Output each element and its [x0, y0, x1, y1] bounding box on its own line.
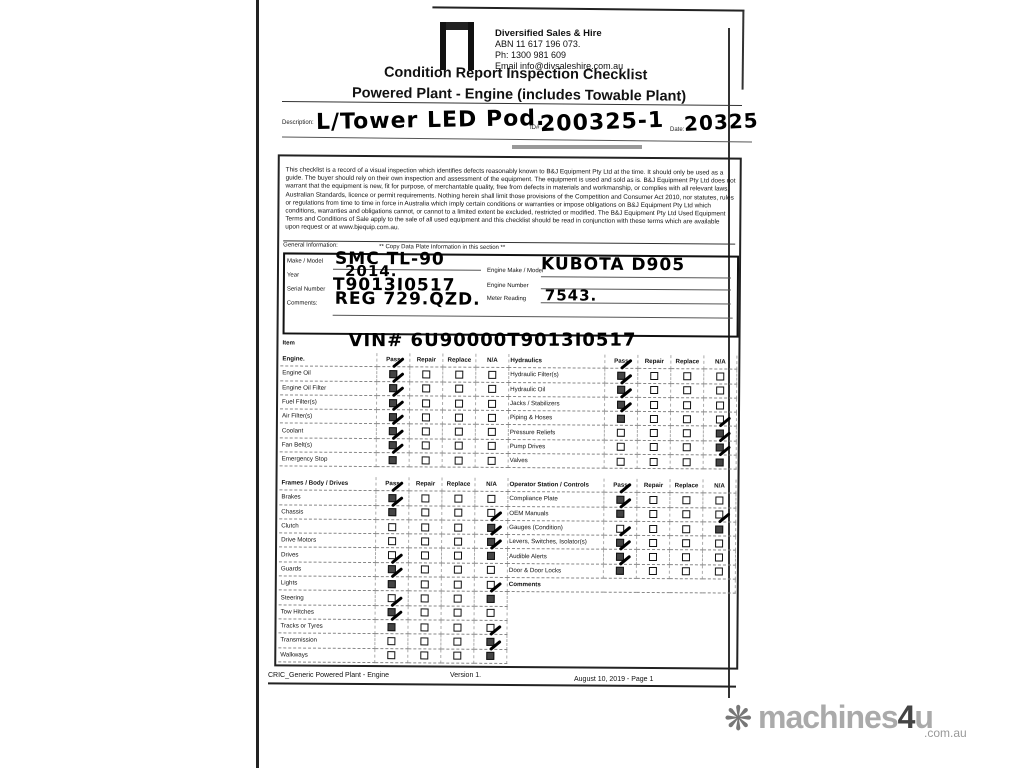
checkbox-repair[interactable]	[649, 567, 657, 575]
checkbox-repair[interactable]	[422, 399, 430, 407]
meter-reading-label: Meter Reading	[487, 296, 526, 302]
comments-section-label: Comments	[507, 578, 736, 594]
checkbox-pass[interactable]	[617, 457, 625, 465]
column-replace: Replace	[670, 479, 703, 493]
checkbox-repair[interactable]	[421, 566, 429, 574]
checkbox-na[interactable]	[716, 387, 724, 395]
checklist-item-name: Engine Oil	[280, 366, 377, 381]
checkbox-pass[interactable]	[388, 537, 396, 545]
checkbox-na[interactable]	[487, 609, 495, 617]
section-title: Operator Station / Controls	[507, 478, 604, 492]
checkbox-na[interactable]	[715, 539, 723, 547]
checkbox-replace[interactable]	[455, 385, 463, 393]
description-value: L/Tower LED Pod.	[316, 106, 546, 135]
general-information-box: Make / Model SMC TL-90 Year 2014. Serial…	[283, 252, 740, 337]
checklist-item-name: Compliance Plate	[507, 492, 604, 507]
checkbox-repair[interactable]	[649, 553, 657, 561]
checkbox-pass[interactable]	[617, 443, 625, 451]
general-info-title: General Information:	[283, 242, 338, 248]
date-value: 20325	[683, 108, 759, 136]
id-highlight-bar	[512, 145, 642, 149]
checklist-row: Tracks or Tyres	[278, 619, 507, 635]
checkbox-repair[interactable]	[422, 442, 430, 450]
checklist-item-name: Brakes	[279, 490, 376, 505]
checkbox-repair[interactable]	[649, 539, 657, 547]
checkbox-replace[interactable]	[453, 623, 461, 631]
checkbox-repair[interactable]	[649, 525, 657, 533]
checkbox-replace[interactable]	[454, 509, 462, 517]
checkbox-na[interactable]	[716, 458, 724, 466]
checkbox-replace[interactable]	[454, 552, 462, 560]
checklist-box: This checklist is a record of a visual i…	[274, 154, 742, 669]
column-replace: Replace	[442, 478, 475, 492]
divider	[268, 682, 736, 687]
engine-make-model-value: KUBOTA D905	[541, 254, 685, 275]
checkbox-replace[interactable]	[682, 539, 690, 547]
checkbox-repair[interactable]	[421, 509, 429, 517]
serial-number-label: Serial Number	[287, 286, 325, 292]
company-abn: ABN 11 617 196 073.	[495, 39, 623, 50]
checkbox-replace[interactable]	[682, 510, 690, 518]
description-label: Description:	[282, 120, 314, 126]
checklist-item-name: Tow Hitches	[279, 605, 376, 620]
checklist-row: Clutch	[279, 519, 508, 535]
checkbox-repair[interactable]	[650, 401, 658, 409]
checkbox-repair[interactable]	[650, 386, 658, 394]
checkbox-pass[interactable]	[387, 651, 395, 659]
checkbox-replace[interactable]	[454, 566, 462, 574]
checkbox-repair[interactable]	[650, 429, 658, 437]
checkbox-na[interactable]	[715, 568, 723, 576]
checklist-item-name: Air Filter(s)	[280, 409, 377, 424]
checkbox-na[interactable]	[487, 552, 495, 560]
checkbox-repair[interactable]	[650, 458, 658, 466]
vin-value: VIN# 6U90000T9013I0517	[348, 330, 636, 352]
disclaimer-text: This checklist is a record of a visual i…	[285, 166, 735, 235]
checklist-item-name: Valves	[508, 454, 605, 469]
checkbox-na[interactable]	[716, 372, 724, 380]
column-repair: Repair	[410, 353, 443, 367]
checkbox-na[interactable]	[488, 371, 496, 379]
checklist-item-name: Levers, Switches, Isolator(s)	[507, 535, 604, 550]
checklist-row: Pressure Reliefs	[508, 425, 737, 441]
company-name: Diversified Sales & Hire	[495, 28, 623, 39]
checkbox-na[interactable]	[715, 554, 723, 562]
column-replace: Replace	[671, 355, 704, 369]
checklist-item-name: Pressure Reliefs	[508, 425, 605, 440]
checkbox-repair[interactable]	[650, 443, 658, 451]
document-title: Condition Report Inspection Checklist	[384, 65, 648, 84]
checkbox-na[interactable]	[486, 652, 494, 660]
checklist-row: Door & Door Locks	[507, 563, 736, 579]
checklist-item-name: Coolant	[280, 423, 377, 438]
checklist-item-name: Gauges (Condition)	[507, 520, 604, 535]
checklist-item-name: Guards	[279, 562, 376, 577]
checkbox-replace[interactable]	[683, 429, 691, 437]
checklist-item-name: Jacks / Stabilizers	[508, 396, 605, 411]
checklist-item-name: Audible Alerts	[507, 549, 604, 564]
column-repair: Repair	[409, 477, 442, 491]
column-na: N/A	[475, 478, 508, 492]
column-na: N/A	[704, 355, 737, 369]
checkbox-replace[interactable]	[453, 638, 461, 646]
frames-body-drives-checklist-table: Frames / Body / Drives Pass Repair Repla…	[278, 476, 508, 663]
checkbox-replace[interactable]	[683, 415, 691, 423]
checkbox-pass[interactable]	[388, 580, 396, 588]
comments-value: REG 729.QZD.	[335, 289, 481, 310]
checkbox-replace[interactable]	[455, 413, 463, 421]
checkbox-repair[interactable]	[421, 537, 429, 545]
checkbox-na[interactable]	[716, 401, 724, 409]
company-logo-icon	[440, 22, 480, 70]
checkbox-replace[interactable]	[683, 386, 691, 394]
scan-page-edge	[256, 0, 259, 768]
checkbox-repair[interactable]	[420, 637, 428, 645]
checkbox-repair[interactable]	[649, 496, 657, 504]
checkbox-pass[interactable]	[387, 623, 395, 631]
checklist-item-name: Emergency Stop	[280, 452, 377, 467]
checkbox-replace[interactable]	[454, 523, 462, 531]
checkbox-repair[interactable]	[421, 609, 429, 617]
checklist-item-name: Transmission	[278, 633, 375, 648]
checkbox-replace[interactable]	[682, 496, 690, 504]
checkbox-repair[interactable]	[421, 580, 429, 588]
checkbox-repair[interactable]	[421, 494, 429, 502]
checkbox-na[interactable]	[488, 385, 496, 393]
section-title: Frames / Body / Drives	[279, 476, 376, 490]
checklist-item-name: Engine Oil Filter	[280, 381, 377, 396]
checkbox-na[interactable]	[488, 414, 496, 422]
checkbox-pass[interactable]	[616, 510, 624, 518]
checkbox-repair[interactable]	[420, 652, 428, 660]
checkbox-repair[interactable]	[650, 372, 658, 380]
checklist-item-name: Drives	[279, 547, 376, 562]
checklist-item-name: Fan Belt(s)	[280, 438, 377, 453]
checkbox-replace[interactable]	[454, 580, 462, 588]
column-na: N/A	[476, 354, 509, 368]
checkbox-repair[interactable]	[422, 413, 430, 421]
checklist-row: Emergency Stop	[280, 452, 509, 468]
id-label: ID#	[530, 125, 539, 131]
machines4u-watermark: ❋ machines4u .com.au	[724, 700, 994, 744]
checkbox-replace[interactable]	[453, 652, 461, 660]
checkbox-pass[interactable]	[388, 523, 396, 531]
checkbox-pass[interactable]	[617, 415, 625, 423]
checklist-row: Drive Motors	[279, 533, 508, 549]
checklist-item-name: Steering	[279, 590, 376, 605]
column-repair: Repair	[638, 355, 671, 369]
checklist-item-name: Pump Drives	[508, 439, 605, 454]
checklist-item-name: Hydraulic Oil	[508, 382, 605, 397]
inspection-checklist-document: Diversified Sales & Hire ABN 11 617 196 …	[262, 0, 742, 720]
checkbox-replace[interactable]	[455, 456, 463, 464]
checkbox-na[interactable]	[488, 442, 496, 450]
checkbox-na[interactable]	[487, 495, 495, 503]
checkbox-replace[interactable]	[682, 525, 690, 533]
column-na: N/A	[703, 479, 736, 493]
checkbox-repair[interactable]	[421, 552, 429, 560]
checkbox-replace[interactable]	[682, 568, 690, 576]
checklist-row: Valves	[508, 454, 737, 470]
section-title: Engine.	[280, 352, 377, 366]
item-header-label: Item	[282, 340, 294, 346]
checkbox-na[interactable]	[487, 566, 495, 574]
company-phone: Ph: 1300 981 609	[495, 50, 623, 61]
checkbox-replace[interactable]	[455, 442, 463, 450]
checklist-row: Chassis	[279, 504, 508, 520]
checklist-item-name: Lights	[279, 576, 376, 591]
make-model-label: Make / Model	[287, 258, 323, 264]
checklist-row: Pump Drives	[508, 439, 737, 455]
checkbox-repair[interactable]	[649, 510, 657, 518]
checklist-item-name: Hydraulic Filter(s)	[508, 368, 605, 383]
checkbox-repair[interactable]	[421, 523, 429, 531]
engine-number-label: Engine Number	[487, 283, 529, 289]
checkbox-replace[interactable]	[683, 458, 691, 466]
id-value: 200325-1	[540, 108, 665, 137]
checkbox-repair[interactable]	[422, 385, 430, 393]
checklist-item-name: Tracks or Tyres	[278, 619, 375, 634]
engine-checklist-table: Engine. Pass Repair Replace N/A Engine O…	[280, 352, 510, 468]
checkbox-replace[interactable]	[455, 371, 463, 379]
checkbox-pass[interactable]	[616, 567, 624, 575]
checklist-item-name: Clutch	[279, 519, 376, 534]
checkbox-repair[interactable]	[422, 428, 430, 436]
hydraulics-checklist-table: Hydraulics Pass Repair Replace N/A Hydra…	[508, 354, 738, 470]
section-title: Hydraulics	[508, 354, 605, 368]
checkbox-repair[interactable]	[422, 456, 430, 464]
watermark-domain: .com.au	[924, 726, 967, 740]
checkbox-repair[interactable]	[650, 415, 658, 423]
checklist-item-name: Drive Motors	[279, 533, 376, 548]
date-label: Date:	[670, 127, 684, 133]
checklist-row: Piping & Hoses	[508, 411, 737, 427]
checkbox-na[interactable]	[715, 525, 723, 533]
checklist-item-name: Fuel Filter(s)	[280, 395, 377, 410]
snowflake-logo-icon: ❋	[724, 702, 753, 736]
checkbox-replace[interactable]	[454, 537, 462, 545]
checkbox-replace[interactable]	[455, 428, 463, 436]
checkbox-replace[interactable]	[683, 444, 691, 452]
checklist-row: Transmission	[278, 633, 507, 649]
column-repair: Repair	[637, 479, 670, 493]
checklist-row: Walkways	[278, 647, 507, 663]
year-label: Year	[287, 272, 299, 278]
footer-version: Version 1.	[450, 672, 481, 679]
checkbox-repair[interactable]	[420, 623, 428, 631]
checklist-item-name: Door & Door Locks	[507, 563, 604, 578]
checkbox-repair[interactable]	[422, 370, 430, 378]
engine-make-model-label: Engine Make / Model	[487, 268, 543, 274]
checkbox-na[interactable]	[487, 595, 495, 603]
watermark-brand: machines4u	[758, 700, 933, 734]
operator-station-checklist-table: Operator Station / Controls Pass Repair …	[507, 478, 737, 594]
general-information-header: General Information: ** Copy Data Plate …	[283, 240, 735, 244]
checklist-row: OEM Manuals	[507, 506, 736, 522]
footer-doc-name: CRIC_Generic Powered Plant - Engine	[268, 672, 389, 679]
checkbox-replace[interactable]	[454, 495, 462, 503]
checklist-item-name: OEM Manuals	[507, 506, 604, 521]
footer-date-page: August 10, 2019 - Page 1	[574, 676, 653, 683]
checkbox-replace[interactable]	[683, 372, 691, 380]
checkbox-pass[interactable]	[389, 456, 397, 464]
checkbox-na[interactable]	[488, 457, 496, 465]
checkbox-replace[interactable]	[683, 401, 691, 409]
checkbox-replace[interactable]	[455, 399, 463, 407]
checkbox-replace[interactable]	[454, 595, 462, 603]
checkbox-na[interactable]	[488, 428, 496, 436]
checklist-item-name: Walkways	[278, 647, 375, 662]
comments-label: Comments:	[287, 300, 318, 306]
checkbox-repair[interactable]	[421, 594, 429, 602]
checkbox-replace[interactable]	[682, 553, 690, 561]
checkbox-replace[interactable]	[454, 609, 462, 617]
checkbox-na[interactable]	[715, 496, 723, 504]
checkbox-pass[interactable]	[388, 508, 396, 516]
checklist-item-name: Piping & Hoses	[508, 411, 605, 426]
checklist-item-name: Chassis	[279, 504, 376, 519]
checklist-row: Lights	[279, 576, 508, 592]
checkbox-na[interactable]	[488, 399, 496, 407]
checkbox-pass[interactable]	[387, 637, 395, 645]
checkbox-pass[interactable]	[617, 429, 625, 437]
column-replace: Replace	[443, 354, 476, 368]
